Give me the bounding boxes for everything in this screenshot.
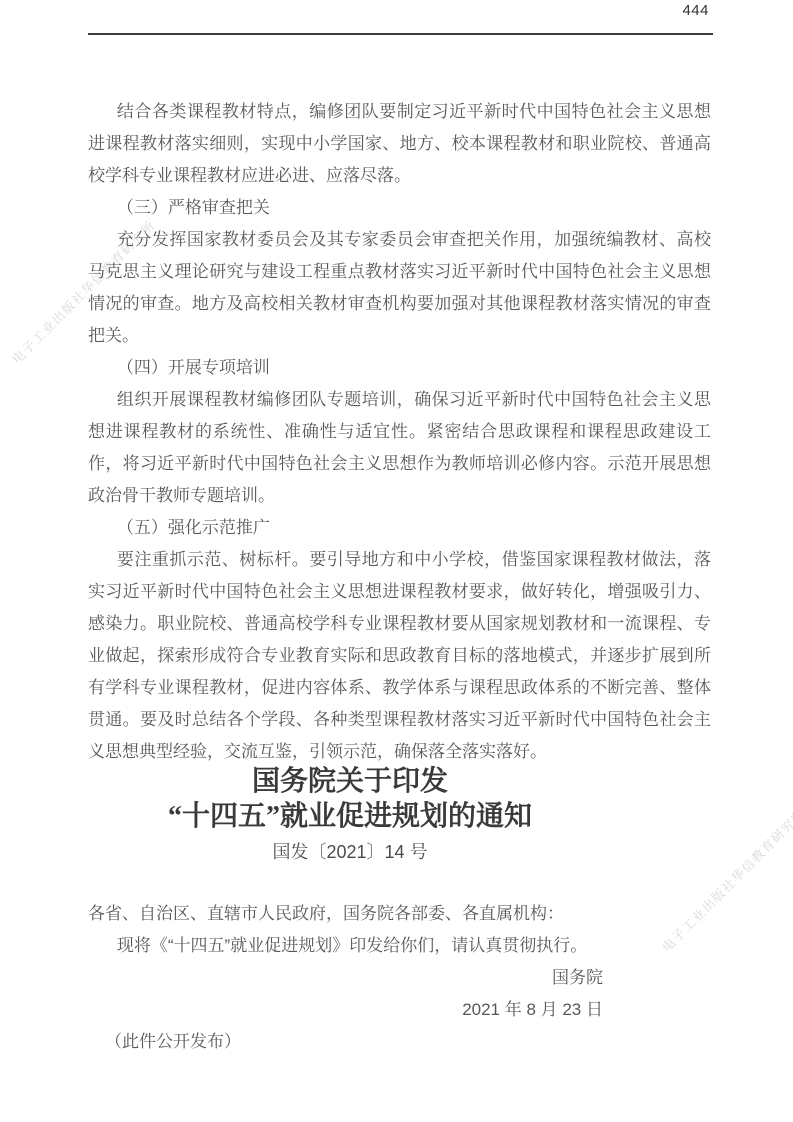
letter-recipients: 各省、自治区、直辖市人民政府，国务院各部委、各直属机构： — [88, 898, 603, 930]
notice-title-line2: “十四五”就业促进规划的通知 — [88, 799, 612, 834]
notice-doc-number: 国发〔2021〕14 号 — [88, 840, 612, 864]
document-page: 电子工业出版社华信教育研究所 电子工业出版社华信教育研究所 444 结合各类课程… — [0, 0, 793, 1122]
section-heading-4: （四）开展专项培训 — [88, 352, 711, 384]
notice-letter: 各省、自治区、直辖市人民政府，国务院各部委、各直属机构： 现将《“十四五”就业促… — [88, 898, 603, 1058]
header-rule — [88, 33, 713, 35]
section-heading-3: （三）严格审查把关 — [88, 192, 711, 224]
letter-body: 现将《“十四五”就业促进规划》印发给你们，请认真贯彻执行。 — [88, 930, 603, 962]
body-paragraph: 充分发挥国家教材委员会及其专家委员会审查把关作用，加强统编教材、高校马克思主义理… — [88, 224, 711, 352]
section-heading-5: （五）强化示范推广 — [88, 512, 711, 544]
notice-title-line1: 国务院关于印发 — [88, 764, 612, 799]
letter-signer: 国务院 — [88, 962, 603, 994]
page-number: 444 — [682, 2, 709, 19]
letter-public-note: （此件公开发布） — [88, 1026, 603, 1058]
watermark-right: 电子工业出版社华信教育研究所 — [658, 804, 793, 955]
body-paragraph: 结合各类课程教材特点，编修团队要制定习近平新时代中国特色社会主义思想进课程教材落… — [88, 96, 711, 192]
body-paragraph: 要注重抓示范、树标杆。要引导地方和中小学校，借鉴国家课程教材做法，落实习近平新时… — [88, 544, 711, 768]
body-paragraph: 组织开展课程教材编修团队专题培训，确保习近平新时代中国特色社会主义思想进课程教材… — [88, 384, 711, 512]
notice-title-block: 国务院关于印发 “十四五”就业促进规划的通知 国发〔2021〕14 号 — [88, 764, 612, 864]
letter-date: 2021 年 8 月 23 日 — [88, 994, 603, 1026]
body-text-section: 结合各类课程教材特点，编修团队要制定习近平新时代中国特色社会主义思想进课程教材落… — [88, 96, 711, 768]
